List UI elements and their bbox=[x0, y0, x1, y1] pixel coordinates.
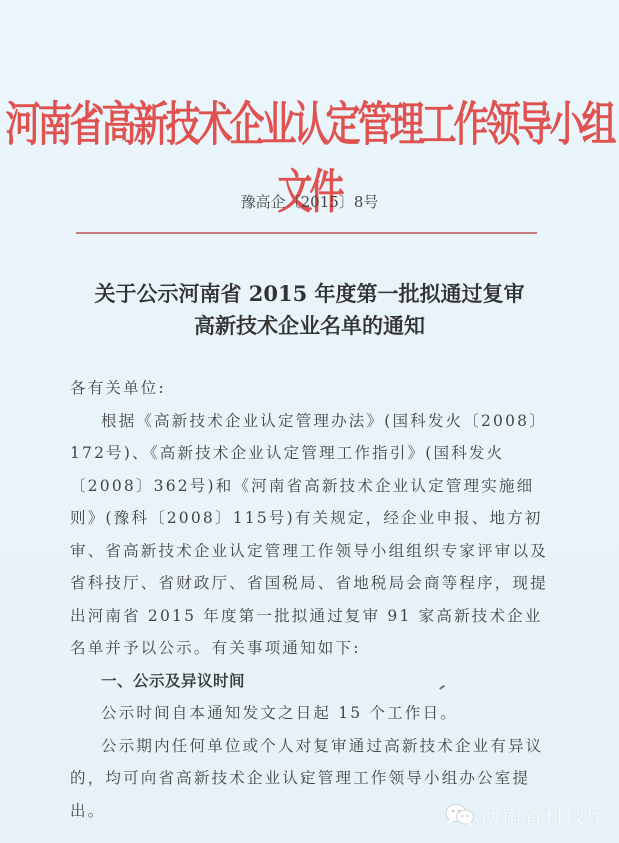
title-line-2: 高新技术企业名单的通知 bbox=[0, 310, 619, 342]
header-divider bbox=[76, 232, 537, 234]
notice-title: 关于公示河南省 2015 年度第一批拟通过复审 高新技术企业名单的通知 bbox=[0, 278, 619, 342]
section-heading: 一、公示及异议时间 bbox=[70, 665, 550, 698]
section-paragraph: 公示时间自本通知发文之日起 15 个工作日。 bbox=[70, 697, 550, 730]
page-number: 1 bbox=[300, 775, 306, 786]
document-page: 河南省高新技术企业认定管理工作领导小组文件 豫高企〔2015〕8号 关于公示河南… bbox=[0, 0, 619, 843]
title-line-1: 关于公示河南省 2015 年度第一批拟通过复审 bbox=[0, 278, 619, 310]
document-number: 豫高企〔2015〕8号 bbox=[0, 191, 619, 212]
salutation: 各有关单位: bbox=[70, 372, 550, 405]
body-paragraph: 根据《高新技术企业认定管理办法》(国科发火〔2008〕172号)、《高新技术企业… bbox=[70, 405, 550, 665]
wechat-icon bbox=[445, 803, 475, 827]
watermark-text: 河南省科技厅 bbox=[481, 800, 607, 829]
wechat-watermark: 河南省科技厅 bbox=[445, 800, 607, 829]
notice-body: 各有关单位: 根据《高新技术企业认定管理办法》(国科发火〔2008〕172号)、… bbox=[70, 372, 550, 827]
